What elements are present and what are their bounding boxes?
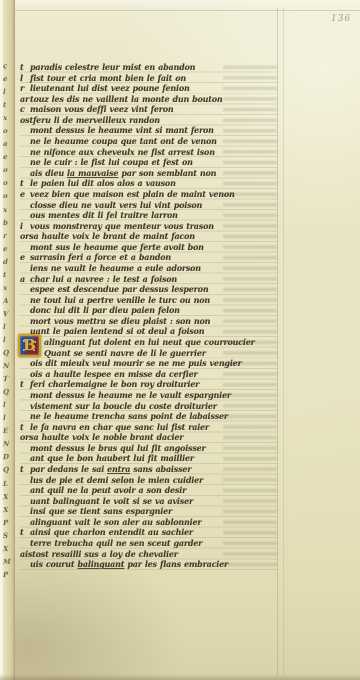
manuscript-line: tferi charlemaigne le bon roy droiturier xyxy=(20,379,278,390)
manuscript-line: ois dit mieulx veul mourir se ne me puis… xyxy=(20,358,278,369)
manuscript-line: tle fa navra en char que sanc lui fist r… xyxy=(20,422,278,433)
line-text: mort vous mettra se dieu plaist : son no… xyxy=(30,316,210,326)
line-text: iens ne vault le heaume a eule adorson xyxy=(30,263,201,273)
line-text: feru li de merveilleux randon xyxy=(33,115,160,125)
edge-letter: X xyxy=(3,505,8,512)
manuscript-line: espee est descendue par dessus lesperon xyxy=(20,284,278,295)
text-lines: tparadis celestre leur mist en abandonlf… xyxy=(20,62,278,570)
edge-letter: V xyxy=(3,310,8,317)
manuscript-line: closse dieu ne vault vers lui vint poiso… xyxy=(20,200,278,211)
line-initial-capital: ar xyxy=(20,94,30,105)
line-text: mont sus le heaume que ferte avoit bon xyxy=(30,242,204,252)
edge-letter: E xyxy=(3,427,8,434)
manuscript-line: orsa haulte voix le brant de maint facon xyxy=(20,231,278,242)
manuscript-line: iens ne vault le heaume a eule adorson xyxy=(20,263,278,274)
edge-letter: D xyxy=(3,453,9,460)
line-text: feri charlemaigne le bon roy droiturier xyxy=(30,379,199,389)
line-text: espee est descendue par dessus lesperon xyxy=(30,284,208,294)
edge-letter: e xyxy=(3,245,7,252)
manuscript-line: insi que se tient sans espargnier xyxy=(20,506,278,517)
line-text: a haulte voix le brant de maint facon xyxy=(33,231,194,241)
manuscript-line: cmaison vous deffi veez vint feron xyxy=(20,104,278,115)
line-text: maison vous deffi veez vint feron xyxy=(30,104,174,114)
edge-letter: N xyxy=(3,440,9,447)
line-initial-capital: ost xyxy=(20,115,33,126)
line-text: touz les dis ne vaillent la monte dun bo… xyxy=(30,94,223,104)
edge-letters: çeltxoaeoooxbredtxAVllQNTQllENDQLXXPSXMP xyxy=(3,62,14,578)
manuscript-line: mont dessus le heaume ne le vault esparg… xyxy=(20,390,278,401)
line-text: closse dieu ne vault vers lui vint poiso… xyxy=(30,200,202,210)
manuscript-line: lfist tour et cria mont bien le fait on xyxy=(20,73,278,84)
line-initial-capital: t xyxy=(20,62,30,73)
edge-letter: a xyxy=(3,140,8,147)
line-text: insi que se tient sans espargnier xyxy=(30,506,172,516)
edge-letter: P xyxy=(3,571,8,578)
edge-letter: X xyxy=(3,545,8,552)
manuscript-line: tpar dedans le sai entra sans abaisser xyxy=(20,464,278,475)
line-text: lus de pie et demi selon le mien cuidier xyxy=(30,475,203,485)
line-initial-capital: e xyxy=(20,189,30,200)
line-text: ois dit mieulx veul mourir se ne me puis… xyxy=(30,358,242,368)
manuscript-line: mont dessus le heaume vint si mant feron xyxy=(20,125,278,136)
line-initial-capital: t xyxy=(20,527,30,538)
illuminated-initial: B xyxy=(18,334,41,357)
line-initial-capital: t xyxy=(20,178,30,189)
manuscript-line: lus de pie et demi selon le mien cuidier xyxy=(20,475,278,486)
line-text: uis courut balinguant par les flans embr… xyxy=(30,559,228,569)
manuscript-line: eveez bien que maison est plain de maint… xyxy=(20,189,278,200)
line-text: char lui a navree : le test a foison xyxy=(30,274,177,284)
edge-letter: l xyxy=(3,401,6,408)
line-text: ainsi que charlon entendit au sachier xyxy=(30,527,193,537)
line-initial-capital: i xyxy=(20,221,30,232)
edge-letter: S xyxy=(3,532,8,539)
line-text: ne le cuir : le fist lui coupa et fest o… xyxy=(30,157,193,167)
manuscript-line: ois a haulte lespee en misse da cerfier xyxy=(20,369,278,380)
line-text: alinguant fut dolent en lui neut que cou… xyxy=(44,337,255,347)
edge-letter: Q xyxy=(3,466,9,473)
manuscript-line: terre trebucha quil ne sen sceut garder xyxy=(20,538,278,549)
edge-letter: N xyxy=(3,362,9,369)
line-text: uant le paien lentend si ot deul a foiso… xyxy=(30,326,204,336)
line-text: ous mentes dit li fel traitre larron xyxy=(30,210,178,220)
manuscript-line: uant balinguant le voit si se va aviser xyxy=(20,496,278,507)
folio-number: 136 xyxy=(331,14,351,24)
edge-letter: b xyxy=(3,218,8,225)
edge-letter: T xyxy=(3,375,8,382)
edge-letter: e xyxy=(3,75,7,82)
line-text: Quant se senti navre de li le guerrier xyxy=(44,348,206,358)
line-text: sarrasin feri a force et a bandon xyxy=(30,252,171,262)
edge-letter: o xyxy=(3,127,8,134)
edge-letter: P xyxy=(3,518,8,525)
line-initial-capital: ors xyxy=(20,432,33,443)
line-text: paradis celestre leur mist en abandon xyxy=(30,62,195,72)
line-initial-capital: l xyxy=(20,73,30,84)
manuscript-line: tle paien lui dit alos alos a vauson xyxy=(20,178,278,189)
edge-letter: x xyxy=(3,205,7,212)
line-text: ais dieu la mauvaise par son semblant no… xyxy=(30,168,216,178)
manuscript-line: alinguant vait le son aler au sablonnier xyxy=(20,517,278,528)
line-text: ne le heaume trencha sans point de labai… xyxy=(30,411,228,421)
edge-letter: L xyxy=(3,479,8,486)
line-initial-capital: a xyxy=(20,274,30,285)
line-text: par dedans le sai entra sans abaisser xyxy=(30,464,191,474)
line-initial-capital: c xyxy=(20,104,30,115)
line-text: vous monstreray que menteur vous trason xyxy=(30,221,214,231)
manuscript-line: ne le heaume trencha sans point de labai… xyxy=(20,411,278,422)
line-text: ant quil ne la peut avoir a son desir xyxy=(30,485,186,495)
line-text: ne nifonce aux cheveulx ne fist arrest i… xyxy=(30,147,215,157)
edge-letter: t xyxy=(3,271,6,278)
manuscript-line: ostferu li de merveilleux randon xyxy=(20,115,278,126)
edge-letter: M xyxy=(3,558,11,566)
manuscript-line: mort vous mettra se dieu plaist : son no… xyxy=(20,316,278,327)
line-text: fist tour et cria mont bien le fait on xyxy=(30,73,186,83)
adjacent-folio-edge: çeltxoaeoooxbredtxAVllQNTQllENDQLXXPSXMP xyxy=(0,0,15,680)
line-initial-capital: ors xyxy=(20,231,33,242)
line-text: terre trebucha quil ne sen sceut garder xyxy=(30,538,202,548)
scan-bottom-edge xyxy=(0,674,360,680)
edge-letter: l xyxy=(3,323,6,330)
manuscript-line: esarrasin feri a force et a bandon xyxy=(20,252,278,263)
line-text: ant que le bon haubert lui fit maillier xyxy=(30,453,194,463)
line-text: le paien lui dit alos alos a vauson xyxy=(30,178,176,188)
line-initial-capital: t xyxy=(20,379,30,390)
manuscript-line: mont dessus le bras qui lui fit angoisse… xyxy=(20,443,278,454)
edge-letter: x xyxy=(3,114,7,121)
manuscript-line: tainsi que charlon entendit au sachier xyxy=(20,527,278,538)
line-text: mont dessus le heaume vint si mant feron xyxy=(30,125,214,135)
line-initial-capital: t xyxy=(20,464,30,475)
manuscript-line: ne le cuir : le fist lui coupa et fest o… xyxy=(20,157,278,168)
line-text: alinguant vait le son aler au sablonnier xyxy=(30,517,201,527)
manuscript-line: orsa haulte voix le noble brant dacier xyxy=(20,432,278,443)
manuscript-line: alinguant fut dolent en lui neut que cou… xyxy=(20,337,278,348)
edge-letter: e xyxy=(3,153,7,160)
line-initial-capital: r xyxy=(20,83,30,94)
edge-letter: t xyxy=(3,101,6,108)
initial-letter: B xyxy=(20,336,39,355)
edge-letter: l xyxy=(3,336,6,343)
line-text: tost resailli sus a loy de chevalier xyxy=(32,549,178,559)
edge-letter: X xyxy=(3,492,8,499)
line-text: le fa navra en char que sanc lui fist ra… xyxy=(30,422,209,432)
manuscript-line: achar lui a navree : le test a foison xyxy=(20,274,278,285)
manuscript-line: ne nifonce aux cheveulx ne fist arrest i… xyxy=(20,147,278,158)
manuscript-line: aistost resailli sus a loy de chevalier xyxy=(20,549,278,560)
line-text: mont dessus le bras qui lui fit angoisse… xyxy=(30,443,206,453)
manuscript-line: mont sus le heaume que ferte avoit bon xyxy=(20,242,278,253)
manuscript-page: 136 tparadis celestre leur mist en aband… xyxy=(15,0,360,680)
line-initial-capital: e xyxy=(20,252,30,263)
vertical-ruling-line xyxy=(283,8,284,676)
manuscript-line: artouz les dis ne vaillent la monte dun … xyxy=(20,94,278,105)
manuscript-line: ais dieu la mauvaise par son semblant no… xyxy=(20,168,278,179)
manuscript-line: uant le paien lentend si ot deul a foiso… xyxy=(20,326,278,337)
manuscript-line: donc lui dit li par dieu paien felon xyxy=(20,305,278,316)
edge-letter: l xyxy=(3,88,6,95)
edge-letter: Q xyxy=(3,388,9,395)
manuscript-line: vistement sur la boucle du coste droitur… xyxy=(20,401,278,412)
line-initial-capital: t xyxy=(20,422,30,433)
line-text: ne tout lui a pertre venille le turc ou … xyxy=(30,295,210,305)
edge-letter: o xyxy=(3,166,8,173)
manuscript-line: rlieutenant lui dist veez poune fenion xyxy=(20,83,278,94)
manuscript-line: ne le heaume coupa que tant ont de venon xyxy=(20,136,278,147)
manuscript-scan: çeltxoaeoooxbredtxAVllQNTQllENDQLXXPSXMP… xyxy=(0,0,360,680)
line-text: a haulte voix le noble brant dacier xyxy=(33,432,183,442)
edge-letter: o xyxy=(3,192,8,199)
line-text: donc lui dit li par dieu paien felon xyxy=(30,305,180,315)
line-text: lieutenant lui dist veez poune fenion xyxy=(30,83,190,93)
manuscript-line: ous mentes dit li fel traitre larron xyxy=(20,210,278,221)
edge-letter: Q xyxy=(3,349,9,356)
manuscript-line: ant quil ne la peut avoir a son desir xyxy=(20,485,278,496)
text-block: tparadis celestre leur mist en abandonlf… xyxy=(20,62,278,570)
manuscript-line: ne tout lui a pertre venille le turc ou … xyxy=(20,295,278,306)
edge-letter: l xyxy=(3,414,6,421)
manuscript-line: ivous monstreray que menteur vous trason xyxy=(20,221,278,232)
line-text: uant balinguant le voit si se va aviser xyxy=(30,496,193,506)
line-text: vistement sur la boucle du coste droitur… xyxy=(30,401,217,411)
line-text: veez bien que maison est plain de maint … xyxy=(30,189,235,199)
edge-letter: ç xyxy=(3,62,7,69)
line-text: ois a haulte lespee en misse da cerfier xyxy=(30,369,198,379)
line-initial-capital: ais xyxy=(20,549,32,560)
manuscript-line: Quant se senti navre de li le guerrier xyxy=(20,348,278,359)
edge-letter: A xyxy=(3,297,8,304)
edge-letter: r xyxy=(3,231,7,238)
manuscript-line: ant que le bon haubert lui fit maillier xyxy=(20,453,278,464)
edge-letter: x xyxy=(3,284,7,291)
manuscript-line: uis courut balinguant par les flans embr… xyxy=(20,559,278,570)
manuscript-line: tparadis celestre leur mist en abandon xyxy=(20,62,278,73)
line-text: mont dessus le heaume ne le vault esparg… xyxy=(30,390,231,400)
edge-letter: o xyxy=(3,179,8,186)
line-text: ne le heaume coupa que tant ont de venon xyxy=(30,136,217,146)
edge-letter: d xyxy=(3,258,8,265)
